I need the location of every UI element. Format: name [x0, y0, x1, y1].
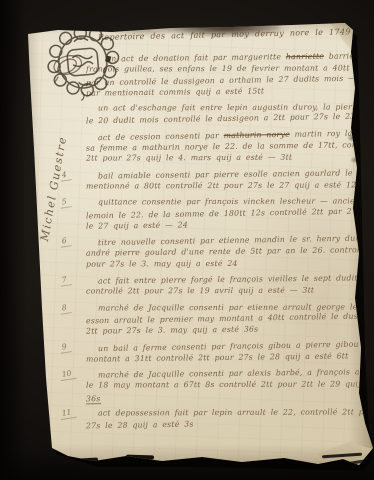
manuscript-text: montant a 31tt controllé 2tt pour 27s le… — [86, 351, 349, 363]
marginal-vertical-signature: Michel Guestre — [38, 82, 79, 242]
register-entry: un act de donation fait par margueritte … — [86, 52, 358, 97]
register-entry: 7act fait entre pierre forgé le françois… — [86, 274, 358, 297]
register-entry: 6titre nouvelle consenti par etienne man… — [86, 235, 358, 269]
entry-number: 11 — [59, 407, 76, 420]
register-entry: 5quittance consentie par françois vincke… — [86, 196, 358, 230]
manuscript-line: par mentionnait commis quij a esté 15tt — [86, 84, 358, 99]
manuscript-text: bail amiable consenti par pierre esolle … — [98, 167, 374, 180]
manuscript-line: pour 27s le 3. may quij a esté 24 — [86, 257, 358, 269]
manuscript-text: hanriette — [286, 52, 324, 61]
register-entry: 8marché de Jacquille consenti par etienn… — [86, 302, 358, 336]
manuscript-text: mathurin norye — [224, 130, 290, 140]
manuscript-line: 2tt pour 27s quij le 4. mars quij a esté… — [86, 152, 358, 164]
manuscript-scan-scene: Michel Guestre Repertoire des act fait p… — [0, 0, 374, 480]
manuscript-line: 2tt pour 27s le 3. may quij a esté 36s — [86, 323, 358, 338]
entry-number: 10 — [59, 368, 76, 381]
manuscript-text: martin roy laboureur — [290, 128, 374, 139]
manuscript-text: 2tt pour 27s le 3. may quij a esté 36s — [86, 325, 258, 336]
register-entry: 11act depossession fait par lepin arraul… — [86, 407, 358, 430]
entry-number: 9 — [59, 341, 71, 354]
register-entry: act de cession consenti par mathurin nor… — [86, 130, 358, 164]
manuscript-text: françois guillea, ses enfans le 19 de fe… — [86, 64, 350, 74]
entry-number: 7 — [59, 274, 71, 287]
manuscript-text: 2tt pour 27s quij le 4. mars quij a esté… — [86, 153, 292, 163]
ink-stain — [150, 20, 280, 35]
register-entry: 4bail amiable consenti par pierre esolle… — [86, 169, 358, 192]
register-entry: 9un bail a ferme consenti par françois g… — [86, 341, 358, 364]
manuscript-text: barriere veuve — [324, 51, 374, 61]
register-entry: un act d'eschange fait entre lepin augus… — [86, 102, 358, 125]
manuscript-text: controllé 2tt pour 27s le 19 avril quij … — [86, 286, 314, 296]
entry-number: 6 — [59, 235, 71, 248]
manuscript-line: le 27 quij a esté — 24 — [86, 217, 358, 232]
manuscript-line: mentionné a 80tt controllé 2tt pour 27s … — [86, 179, 358, 191]
manuscript-text: pour 27s le 3. may quij a esté 24 — [86, 259, 238, 269]
register-entry: 10marché de Jacquille consenti par alexi… — [86, 368, 358, 402]
manuscript-text: le 27 quij a esté — 24 — [86, 220, 188, 230]
manuscript-line: montant a 31tt controllé 2tt pour 27s le… — [86, 350, 358, 365]
entries: un act de donation fait par margueritte … — [86, 52, 358, 435]
manuscript-line: 36s — [86, 388, 358, 404]
entry-number: 5 — [59, 196, 71, 209]
manuscript-text: un act de donation fait par margueritte — [106, 52, 286, 63]
manuscript-text: 36s — [86, 394, 101, 404]
manuscript-text: mentionné a 80tt controllé 2tt pour 27s … — [86, 180, 361, 190]
manuscript-page: Michel Guestre Repertoire des act fait p… — [22, 18, 374, 470]
entry-number: 8 — [59, 302, 71, 315]
manuscript-line: controllé 2tt pour 27s le 19 avril quij … — [86, 285, 358, 297]
manuscript-text: andré pierre goulard d'une rente de 5tt … — [86, 245, 374, 258]
manuscript-text: 27s le 28 quij a esté 3s — [86, 420, 194, 431]
